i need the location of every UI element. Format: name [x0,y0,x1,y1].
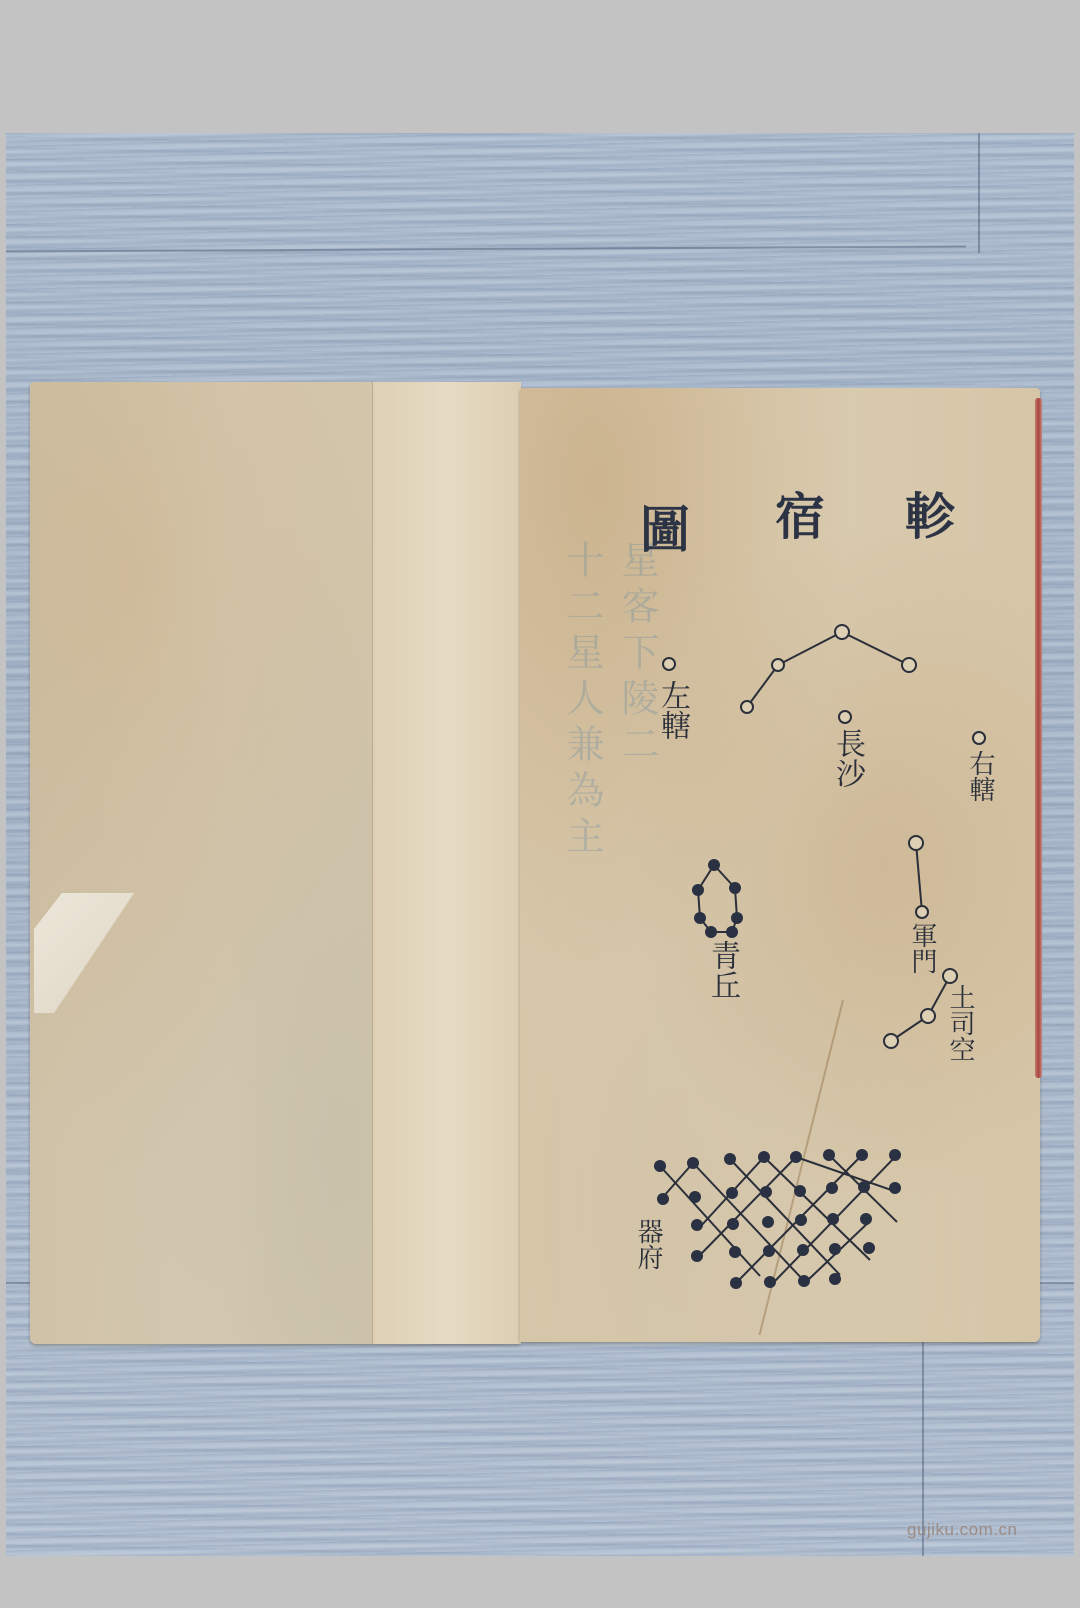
char: 器 [633,1218,663,1244]
char: 轄 [655,710,690,740]
char: 空 [945,1036,975,1062]
title-char-tu: 圖 [640,490,690,562]
char: 轄 [965,776,995,802]
left-page-fold [372,382,521,1344]
char: 司 [945,1010,975,1036]
char: 右 [965,750,995,776]
label-tusikong: 土司空 [946,984,974,1062]
char: 青 [705,940,740,970]
label-changsha: 長沙 [830,728,864,788]
watermark: gujiku.com.cn [907,1520,1017,1540]
red-binding-edge [1035,398,1042,1078]
label-youxia: 右轄 [966,750,994,802]
label-zuoxia: 左轄 [655,680,689,740]
label-qingqiu: 青丘 [705,940,739,1000]
title-char-su: 宿 [775,477,825,549]
title-char-zhen: 軫 [905,477,955,549]
label-qifu: 器府 [634,1218,662,1270]
char: 府 [633,1244,663,1270]
char: 丘 [705,970,740,1000]
char: 長 [830,728,865,758]
char: 沙 [830,758,865,788]
label-junmen: 軍門 [908,922,936,974]
char: 土 [945,984,975,1010]
char: 門 [907,948,937,974]
char: 軍 [907,922,937,948]
char: 左 [655,680,690,710]
plank-seam [978,133,980,253]
faded-bleedthrough-text: 十二星人兼為主 [555,540,610,862]
